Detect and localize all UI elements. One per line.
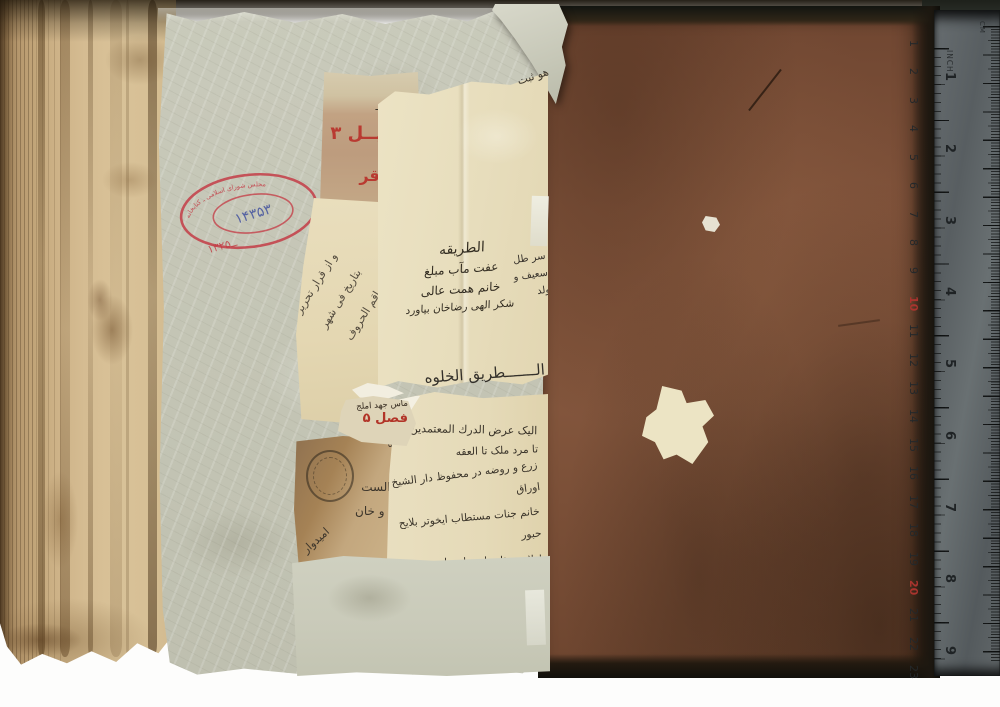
ruler-cm-label: CM xyxy=(978,21,986,34)
ruler-cm-number: 4 xyxy=(907,125,920,132)
handwriting-line: سعیف و ولد xyxy=(511,265,548,304)
ruler-cm-number: 17 xyxy=(907,495,920,509)
cover-bottom-edge xyxy=(538,654,940,678)
ruler-inch-number: 1 xyxy=(942,72,957,81)
ruler-cm-number: 12 xyxy=(907,353,920,367)
ruler-cm-number: 20 xyxy=(907,580,920,595)
handwriting-line: فصل ۵ xyxy=(338,411,408,426)
stamp-number: ۱۴۳۵۳ xyxy=(233,201,274,227)
ruler-cm-number: 6 xyxy=(907,182,920,189)
ruler-inch-number: 5 xyxy=(942,359,957,368)
paper-remnant-patch xyxy=(642,386,714,464)
manuscript-photo: CM INCH 12345678910111213141516171819202… xyxy=(0,0,1000,707)
book-fore-edge-pages xyxy=(0,0,176,670)
ruler-cm-number: 7 xyxy=(907,211,920,218)
ruler-inch-number: 8 xyxy=(942,574,957,583)
ruler-cm-number: 11 xyxy=(907,324,920,338)
gray-bottom-fragment xyxy=(292,556,550,676)
leather-cover xyxy=(538,6,940,678)
page-top-shadow xyxy=(0,0,176,42)
ruler-cm-number: 13 xyxy=(907,381,920,395)
ruler-cm-number: 14 xyxy=(907,409,920,423)
ruler-cm-number: 21 xyxy=(907,608,920,622)
ruler-inch-number: 3 xyxy=(942,216,957,225)
ruler-cm-number: 8 xyxy=(907,239,920,246)
cream-sheet-fragment: الطريقهعفت مآب مبلغخانم همت عالیشکر الهی… xyxy=(378,72,548,394)
ruler-cm-number: 22 xyxy=(907,637,920,651)
ruler-cm-number: 18 xyxy=(907,523,920,537)
scratch-mark xyxy=(838,319,880,327)
ruler-inch-major-ticks xyxy=(934,48,949,662)
ruler-cm-number: 9 xyxy=(907,267,920,274)
torn-edge-highlight xyxy=(158,8,550,22)
ruler-cm-ticks xyxy=(983,26,1000,662)
metal-ruler: CM INCH 12345678910111213141516171819202… xyxy=(934,10,1000,676)
ruler-inch-number: 7 xyxy=(942,503,957,512)
ruler-inch-label: INCH xyxy=(945,50,954,73)
ruler-cm-number: 3 xyxy=(907,97,920,104)
ruler-cm-number: 16 xyxy=(907,466,920,480)
ruler-cm-number: 10 xyxy=(907,296,920,311)
library-stamp: مجلس شورای اسلامی ـ کتابخانه ۱۴۳۵۳ ۱۳۲۵ـ… xyxy=(169,159,329,267)
ruler-cm-number: 23 xyxy=(907,665,920,679)
ruler-inch-number: 4 xyxy=(942,287,957,296)
ruler-cm-number: 19 xyxy=(907,552,920,566)
tape-strip xyxy=(530,196,549,247)
tape-strip xyxy=(525,590,546,646)
ruler-cm-number: 2 xyxy=(907,68,920,75)
ruler-cm-number: 5 xyxy=(907,154,920,161)
page-stains xyxy=(0,0,176,670)
ruler-inch-number: 6 xyxy=(942,431,957,440)
scratch-mark xyxy=(748,69,782,111)
small-paper-spot xyxy=(702,216,720,232)
ruler-inch-number: 9 xyxy=(942,646,957,655)
ruler-cm-number: 15 xyxy=(907,438,920,452)
cover-top-edge xyxy=(538,6,940,26)
stamp-date: ۱۳۲۵ــ xyxy=(206,236,239,257)
ruler-cm-number: 1 xyxy=(907,40,920,47)
ruler-inch-number: 2 xyxy=(942,144,957,153)
